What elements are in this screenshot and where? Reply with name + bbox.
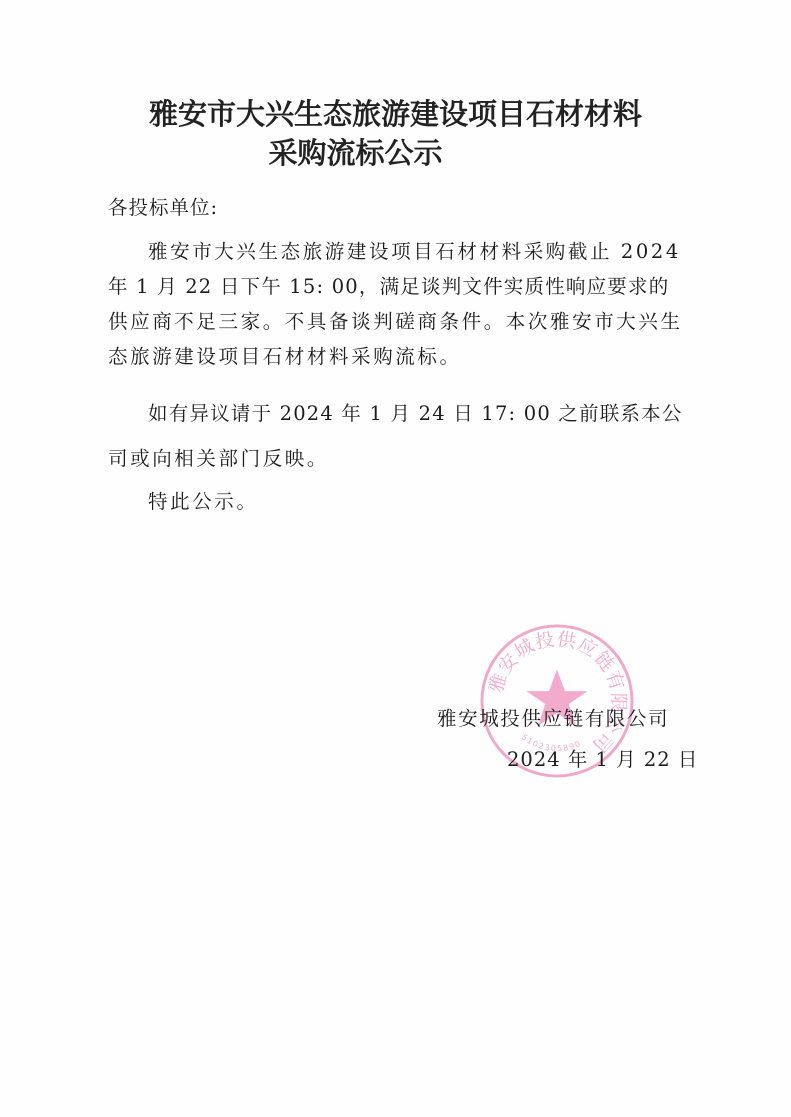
document-title-line1: 雅安市大兴生态旅游建设项目石材材料 [0,92,791,133]
paragraph1-line1: 雅安市大兴生态旅游建设项目石材材料采购截止 2024 [148,236,681,264]
document-title-line2: 采购流标公示 [0,131,751,172]
closing-text: 特此公示。 [148,486,259,514]
paragraph1-line3: 供应商不足三家。不具备谈判磋商条件。本次雅安市大兴生 [108,306,683,334]
salutation: 各投标单位: [108,192,218,220]
paragraph1-line4: 态旅游建设项目石材材料采购流标。 [108,341,462,369]
paragraph2-line2: 司或向相关部门反映。 [108,443,329,471]
document-page: 雅安市大兴生态旅游建设项目石材材料 采购流标公示 各投标单位: 雅安市大兴生态旅… [0,0,791,1117]
signature-company: 雅安城投供应链有限公司 [437,703,669,731]
paragraph2-line1: 如有异议请于 2024 年 1 月 24 日 17: 00 之前联系本公 [148,398,683,426]
paragraph1-line2: 年 1 月 22 日下午 15: 00，满足谈判文件实质性响应要求的 [108,271,669,299]
signature-date: 2024 年 1 月 22 日 [507,744,698,772]
